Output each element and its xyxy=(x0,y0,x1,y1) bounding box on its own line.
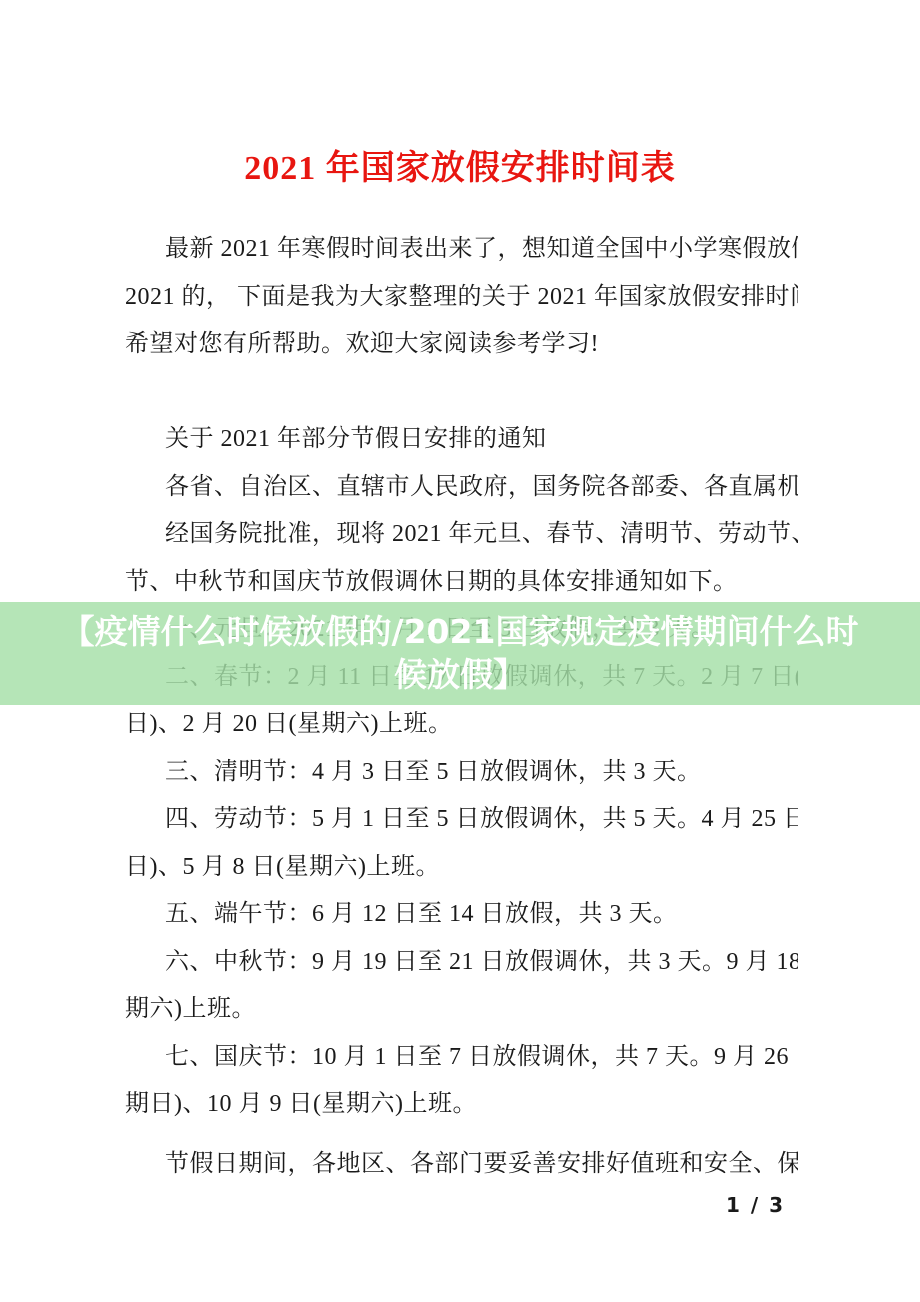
holiday-item-6-mid-autumn-line-1: 六、中秋节：9 月 19 日至 21 日放假调休，共 3 天。9 月 18 日(… xyxy=(125,939,798,987)
banner-text-line-1: 【疫情什么时候放假的/2021国家规定疫情期间什么时 xyxy=(0,610,920,653)
notice-heading: 关于 2021 年部分节假日安排的通知 xyxy=(125,416,798,464)
holiday-item-2-spring-festival-line-2: 日)、2 月 20 日(星期六)上班。 xyxy=(125,701,798,749)
holiday-item-4-labor-day-line-2: 日)、5 月 8 日(星期六)上班。 xyxy=(125,844,798,892)
holiday-item-3-qingming: 三、清明节：4 月 3 日至 5 日放假调休，共 3 天。 xyxy=(125,749,798,797)
notice-preamble-line-1: 经国务院批准，现将 2021 年元旦、春节、清明节、劳动节、端午 xyxy=(125,511,798,559)
holiday-item-7-national-day-line-2: 期日)、10 月 9 日(星期六)上班。 xyxy=(125,1081,798,1129)
seo-overlay-banner: 【疫情什么时候放假的/2021国家规定疫情期间什么时 候放假】 xyxy=(0,602,920,705)
notice-addressees: 各省、自治区、直辖市人民政府，国务院各部委、各直属机构： xyxy=(125,464,798,512)
holiday-item-6-mid-autumn-line-2: 期六)上班。 xyxy=(125,986,798,1034)
holiday-item-7-national-day-line-1: 七、国庆节：10 月 1 日至 7 日放假调休，共 7 天。9 月 26 日(星 xyxy=(125,1034,798,1082)
holiday-item-4-labor-day-line-1: 四、劳动节：5 月 1 日至 5 日放假调休，共 5 天。4 月 25 日(星期 xyxy=(125,796,798,844)
page-title: 2021 年国家放假安排时间表 xyxy=(0,140,920,189)
paragraph-spacer xyxy=(125,369,798,417)
banner-text-line-2: 候放假】 xyxy=(0,653,920,696)
closing-line: 节假日期间，各地区、各部门要妥善安排好值班和安全、保卫等 xyxy=(125,1141,798,1189)
intro-line-3: 希望对您有所帮助。欢迎大家阅读参考学习! xyxy=(125,321,798,369)
holiday-item-5-dragon-boat: 五、端午节：6 月 12 日至 14 日放假，共 3 天。 xyxy=(125,891,798,939)
notice-preamble-line-2: 节、中秋节和国庆节放假调休日期的具体安排通知如下。 xyxy=(125,559,798,607)
intro-line-2: 2021 的， 下面是我为大家整理的关于 2021 年国家放假安排时间表， xyxy=(125,274,798,322)
intro-line-1: 最新 2021 年寒假时间表出来了，想知道全国中小学寒假放假时间 xyxy=(125,226,798,274)
page-number: 1 / 3 xyxy=(125,1190,798,1220)
document-body: 最新 2021 年寒假时间表出来了，想知道全国中小学寒假放假时间 2021 的，… xyxy=(125,226,798,1220)
